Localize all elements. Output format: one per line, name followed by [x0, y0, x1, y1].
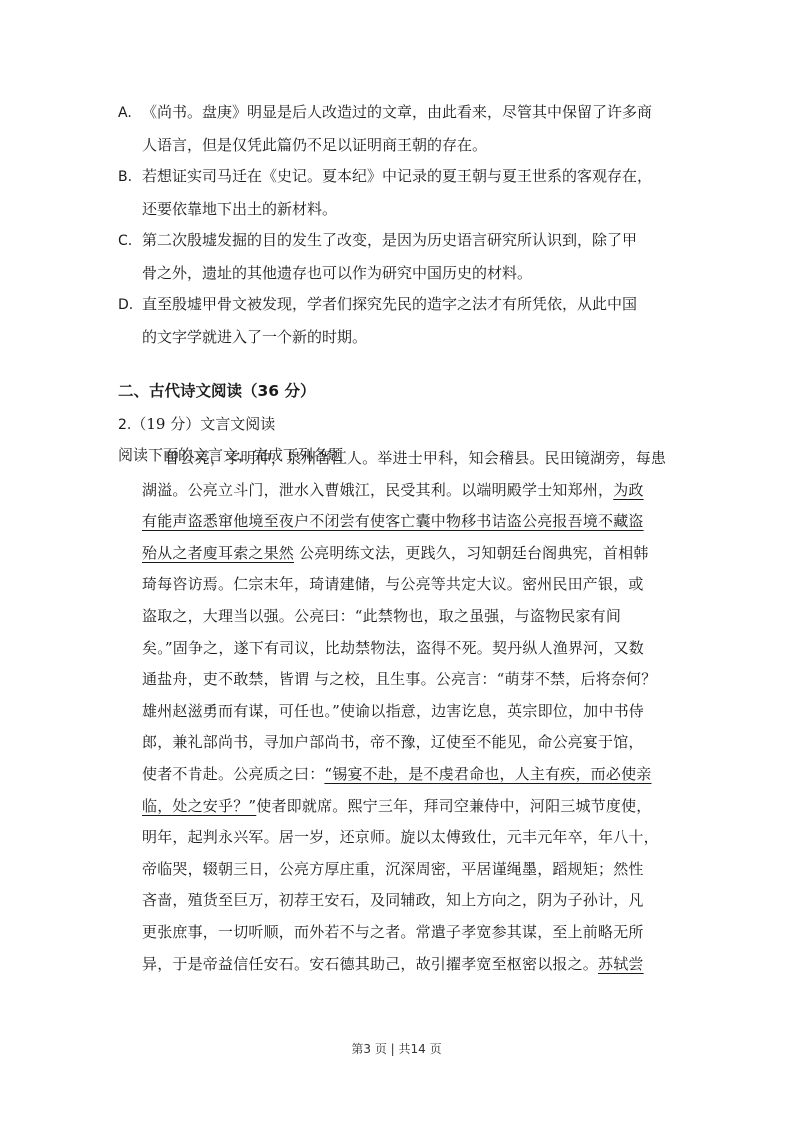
- passage-text: 使者不肯赴。公亮质之曰：: [142, 765, 324, 783]
- passage-text: 湖溢。公亮立斗门，泄水入曹娥江，民受其利。以端明殿学士知郑州，: [142, 481, 613, 499]
- option-c: C.第二次殷墟发掘的目的发生了改变，是因为历史语言研究所认识到，除了甲 骨之外，…: [118, 224, 690, 289]
- underlined-text: 临，处之安乎？”: [142, 797, 256, 815]
- passage-text: 帝临哭，辍朝三日，公亮方厚庄重，沉深周密，平居谨绳墨，蹈规矩；然性: [142, 860, 644, 878]
- option-text-line: 《尚书。盘庚》明显是后人改造过的文章，由此看来，尽管其中保留了许多商: [142, 103, 652, 121]
- question-heading: （19 分）文言文阅读: [131, 415, 275, 433]
- passage-text: 矣。”固争之，遂下有司议，比劫禁物法，盗得不死。契丹纵人渔界河，又数: [142, 639, 644, 657]
- passage-line: 异，于是帝益信任安石。安石德其助己，故引擢孝宽至枢密以报之。苏轼尝: [142, 949, 682, 981]
- option-d: D.直至殷墟甲骨文被发现，学者们探究先民的造字之法才有所凭依，从此中国 的文字学…: [118, 288, 690, 353]
- passage-line: 明年，起判永兴军。居一岁，还京师。旋以太傅致仕，元丰元年卒，年八十，: [142, 822, 682, 854]
- classical-passage: 曾公亮，字明仲，泉州晋江人。举进士甲科，知会稽县。民田镜湖旁，每患湖溢。公亮立斗…: [142, 443, 682, 980]
- passage-line: 吝啬，殖货至巨万，初荐王安石，及同辅政，知上方向之，阴为子孙计，凡: [142, 885, 682, 917]
- passage-text: 盗取之，大理当以强。公亮曰：“此禁物也，取之虽强，与盗物民家有间: [142, 607, 621, 625]
- option-text-line: 若想证实司马迁在《史记。夏本纪》中记录的夏王朝与夏王世系的客观存在，: [142, 167, 652, 185]
- passage-line: 盗取之，大理当以强。公亮曰：“此禁物也，取之虽强，与盗物民家有间: [142, 601, 682, 633]
- passage-text: 异，于是帝益信任安石。安石德其助己，故引擢孝宽至枢密以报之。: [142, 955, 598, 973]
- passage-text: 郎，兼礼部尚书，寻加户部尚书，帝不豫，辽使至不能见，命公亮宴于馆，: [142, 733, 644, 751]
- passage-text: 琦每咨访焉。仁宗末年，琦请建储，与公亮等共定大议。密州民田产银，或: [142, 575, 644, 593]
- passage-line: 郎，兼礼部尚书，寻加户部尚书，帝不豫，辽使至不能见，命公亮宴于馆，: [142, 727, 682, 759]
- question-title: 2.（19 分）文言文阅读: [118, 412, 275, 437]
- passage-line: 曾公亮，字明仲，泉州晋江人。举进士甲科，知会稽县。民田镜湖旁，每患: [142, 443, 682, 475]
- passage-line: 琦每咨访焉。仁宗末年，琦请建储，与公亮等共定大议。密州民田产银，或: [142, 569, 682, 601]
- passage-line: 殆从之者廋耳索之果然 公亮明练文法，更践久，习知朝廷台阁典宪，首相韩: [142, 538, 682, 570]
- option-text-line: 骨之外，遗址的其他遗存也可以作为研究中国历史的材料。: [118, 257, 690, 289]
- passage-line: 湖溢。公亮立斗门，泄水入曹娥江，民受其利。以端明殿学士知郑州，为政: [142, 475, 682, 507]
- passage-text: 吝啬，殖货至巨万，初荐王安石，及同辅政，知上方向之，阴为子孙计，凡: [142, 891, 644, 909]
- question-number: 2.: [118, 417, 131, 433]
- underlined-text: 有能声盗悉窜他境至夜户不闭尝有使客亡囊中物移书诘盗公亮报吾境不藏盗: [142, 512, 644, 530]
- underlined-text: “锡宴不赴，是不虔君命也，人主有疾，而必使亲: [324, 765, 651, 783]
- option-label: B.: [118, 161, 142, 193]
- document-page: A.《尚书。盘庚》明显是后人改造过的文章，由此看来，尽管其中保留了许多商 人语言…: [0, 0, 793, 1122]
- option-label: C.: [118, 225, 142, 257]
- passage-line: 雄州赵滋勇而有谋，可任也。”使谕以指意，边害讫息，英宗即位，加中书侍: [142, 696, 682, 728]
- passage-text: 公亮明练文法，更践久，习知朝廷台阁典宪，首相韩: [294, 544, 649, 562]
- passage-line: 更张庶事，一切听顺，而外若不与之者。常遣子孝宽参其谋，至上前略无所: [142, 917, 682, 949]
- passage-text: 使者即就席。熙宁三年，拜司空兼侍中，河阳三城节度使，: [256, 797, 651, 815]
- option-text-line: 第二次殷墟发掘的目的发生了改变，是因为历史语言研究所认识到，除了甲: [142, 231, 637, 249]
- option-label: A.: [118, 97, 142, 129]
- passage-line: 帝临哭，辍朝三日，公亮方厚庄重，沉深周密，平居谨绳墨，蹈规矩；然性: [142, 854, 682, 886]
- passage-line: 有能声盗悉窜他境至夜户不闭尝有使客亡囊中物移书诘盗公亮报吾境不藏盗: [142, 506, 682, 538]
- passage-line: 通盐舟，吏不敢禁，皆谓 与之校，且生事。公亮言：“萌芽不禁，后将奈何？: [142, 664, 682, 696]
- underlined-text: 殆从之者廋耳索之果然: [142, 544, 294, 562]
- option-text-line: 人语言，但是仅凭此篇仍不足以证明商王朝的存在。: [118, 129, 690, 161]
- section-title: 二、古代诗文阅读（36 分）: [118, 379, 315, 403]
- passage-text: 曾公亮，字明仲，泉州晋江人。举进士甲科，知会稽县。民田镜湖旁，每患: [165, 449, 667, 467]
- page-footer: 第3 页 | 共14 页: [0, 1040, 793, 1057]
- option-label: D.: [118, 289, 142, 321]
- passage-line: 使者不肯赴。公亮质之曰：“锡宴不赴，是不虔君命也，人主有疾，而必使亲: [142, 759, 682, 791]
- option-text-line: 的文字学就进入了一个新的时期。: [118, 321, 690, 353]
- option-a: A.《尚书。盘庚》明显是后人改造过的文章，由此看来，尽管其中保留了许多商 人语言…: [118, 96, 690, 161]
- passage-text: 雄州赵滋勇而有谋，可任也。”使谕以指意，边害讫息，英宗即位，加中书侍: [142, 702, 644, 720]
- underlined-text: 为政: [613, 481, 643, 499]
- passage-text: 更张庶事，一切听顺，而外若不与之者。常遣子孝宽参其谋，至上前略无所: [142, 923, 644, 941]
- passage-text: 明年，起判永兴军。居一岁，还京师。旋以太傅致仕，元丰元年卒，年八十，: [142, 828, 659, 846]
- option-text-line: 还要依靠地下出土的新材料。: [118, 193, 690, 225]
- passage-line: 临，处之安乎？”使者即就席。熙宁三年，拜司空兼侍中，河阳三城节度使，: [142, 791, 682, 823]
- passage-text: 通盐舟，吏不敢禁，皆谓 与之校，且生事。公亮言：“萌芽不禁，后将奈何？: [142, 670, 656, 688]
- option-b: B.若想证实司马迁在《史记。夏本纪》中记录的夏王朝与夏王世系的客观存在， 还要依…: [118, 160, 690, 225]
- underlined-text: 苏轼尝: [598, 955, 644, 973]
- passage-line: 矣。”固争之，遂下有司议，比劫禁物法，盗得不死。契丹纵人渔界河，又数: [142, 633, 682, 665]
- option-text-line: 直至殷墟甲骨文被发现，学者们探究先民的造字之法才有所凭依，从此中国: [142, 295, 637, 313]
